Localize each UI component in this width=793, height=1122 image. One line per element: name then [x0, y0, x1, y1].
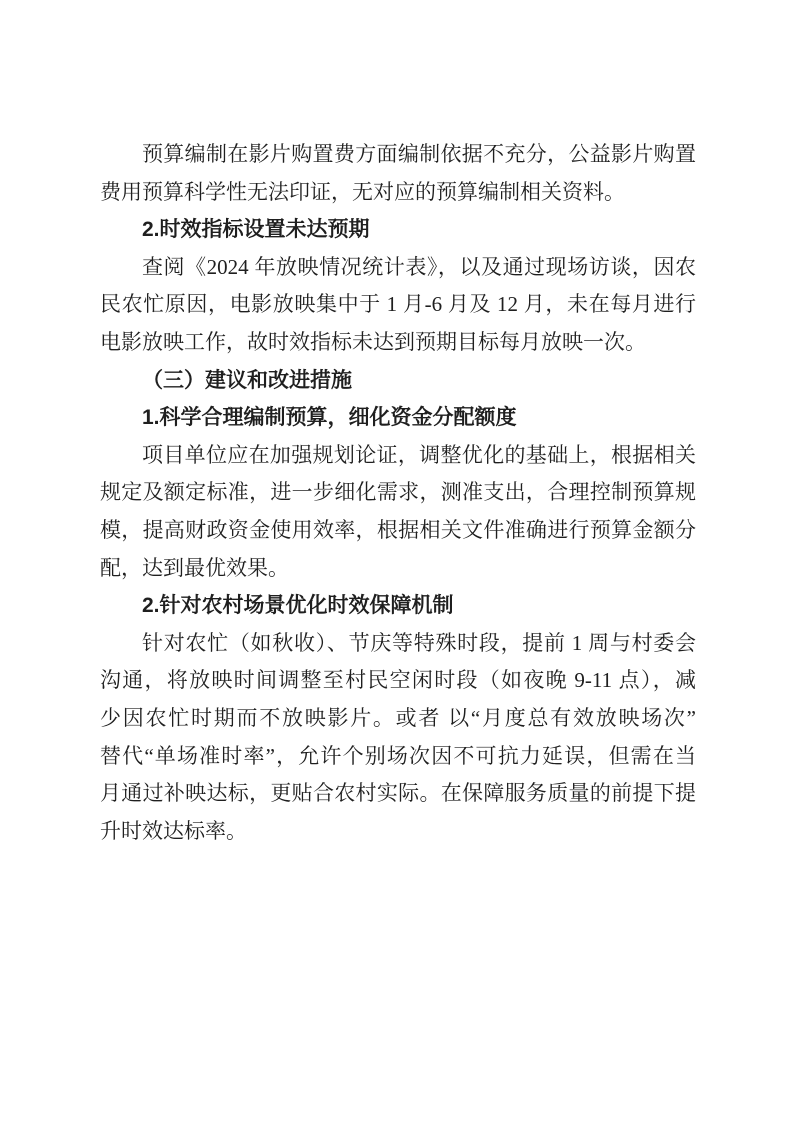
body-line: 电影放映工作，故时效指标未达到预期目标每月放映一次。	[100, 324, 696, 362]
heading-rural-timeliness-mechanism: 2.针对农村场景优化时效保障机制	[100, 587, 696, 625]
body-line: 沟通，将放映时间调整至村民空闲时段（如夜晚 9-11 点），减	[100, 662, 696, 700]
heading-scientific-budgeting: 1.科学合理编制预算，细化资金分配额度	[100, 399, 696, 437]
body-line: 模，提高财政资金使用效率，根据相关文件准确进行预算金额分	[100, 512, 696, 550]
body-line: 少因农忙时期而不放映影片。或者 以“月度总有效放映场次”	[100, 700, 696, 738]
body-line: 费用预算科学性无法印证，无对应的预算编制相关资料。	[100, 174, 696, 212]
document-page: 预算编制在影片购置费方面编制依据不充分，公益影片购置 费用预算科学性无法印证，无…	[0, 0, 793, 1122]
body-line: 查阅《2024 年放映情况统计表》，以及通过现场访谈，因农	[100, 249, 696, 287]
document-body: 预算编制在影片购置费方面编制依据不充分，公益影片购置 费用预算科学性无法印证，无…	[100, 136, 696, 850]
body-line: 针对农忙（如秋收）、节庆等特殊时段，提前 1 周与村委会	[100, 625, 696, 663]
body-line: 配，达到最优效果。	[100, 550, 696, 588]
body-line: 升时效达标率。	[100, 813, 696, 851]
body-line: 预算编制在影片购置费方面编制依据不充分，公益影片购置	[100, 136, 696, 174]
body-line: 项目单位应在加强规划论证，调整优化的基础上，根据相关	[100, 437, 696, 475]
heading-suggestions-and-improvements: （三）建议和改进措施	[100, 362, 696, 400]
body-line: 月通过补映达标，更贴合农村实际。在保障服务质量的前提下提	[100, 775, 696, 813]
body-line: 替代“单场准时率”，允许个别场次因不可抗力延误，但需在当	[100, 738, 696, 776]
body-line: 民农忙原因，电影放映集中于 1 月-6 月及 12 月，未在每月进行	[100, 286, 696, 324]
body-line: 规定及额定标准，进一步细化需求，测准支出，合理控制预算规	[100, 474, 696, 512]
heading-timeliness-indicator: 2.时效指标设置未达预期	[100, 211, 696, 249]
